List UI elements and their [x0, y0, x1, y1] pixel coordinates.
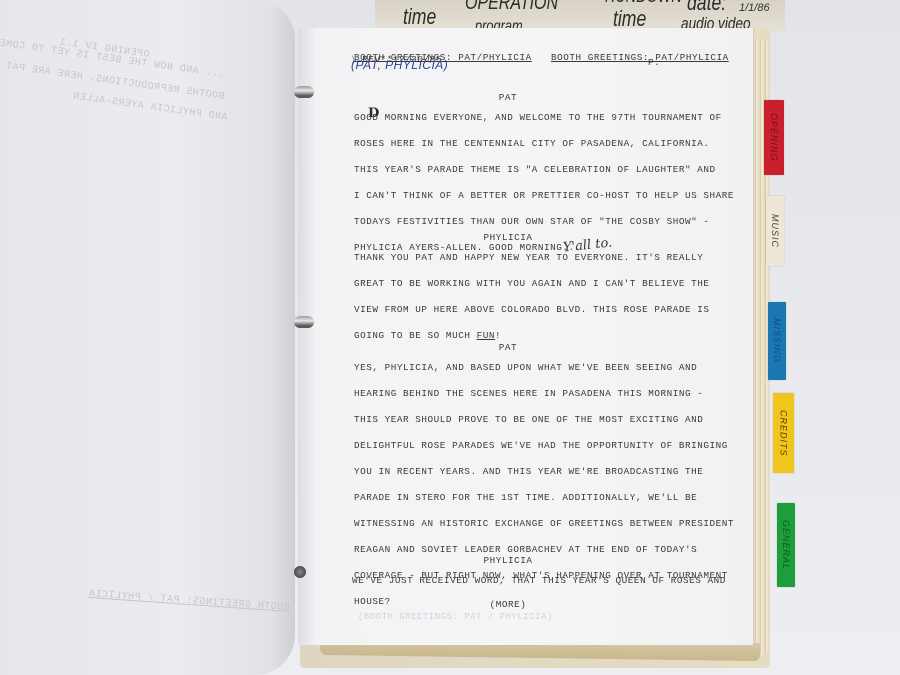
dialogue-line: YOU IN RECENT YEARS. AND THIS YEAR WE'RE…: [354, 466, 703, 477]
dialogue-line: WITNESSING AN HISTORIC EXCHANGE OF GREET…: [354, 518, 734, 529]
dialogue-line: GOING TO BE SO MUCH FUN!: [354, 330, 501, 341]
speaker-name: PAT: [298, 342, 718, 353]
dialogue-line: VIEW FROM UP HERE ABOVE COLORADO BLVD. T…: [354, 304, 709, 315]
index-tab-label: OPENING: [769, 113, 779, 162]
heading-right: BOOTH GREETINGS: PAT/PHYLICIA: [551, 52, 729, 63]
continued-marker: (MORE): [298, 599, 718, 610]
speaker-name: PHYLICIA: [298, 555, 718, 566]
index-tab-label: MUSIC: [770, 214, 780, 248]
form-date-value: 1/1/86: [739, 2, 770, 14]
dialogue-line: GREAT TO BE WORKING WITH YOU AGAIN AND I…: [354, 278, 709, 289]
index-tab-label: MISSING: [772, 318, 782, 363]
dialogue-line: GOOD MORNING EVERYONE, AND WELCOME TO TH…: [354, 112, 722, 123]
handwritten-d-correction: D: [368, 106, 379, 121]
index-tab-missing[interactable]: MISSING: [768, 302, 786, 380]
dialogue-line: REAGAN AND SOVIET LEADER GORBACHEV AT TH…: [354, 544, 697, 555]
left-facing-page: OPENING IV 1.1... AND NOW THE BEST IS YE…: [0, 0, 295, 675]
index-tab-label: CREDITS: [779, 410, 789, 457]
speaker-name: PAT: [298, 92, 718, 103]
bleed-through-footer: (BOOTH GREETINGS: PAT / PHYLICIA): [358, 612, 553, 622]
dialogue-line: THANK YOU PAT AND HAPPY NEW YEAR TO EVER…: [354, 252, 703, 263]
dialogue-line: WE'VE JUST RECEIVED WORD, THAT THIS YEAR…: [352, 575, 726, 586]
handwritten-cast-note: (PAT, PHYLICIA): [351, 58, 448, 72]
form-field-time: time: [403, 4, 436, 30]
dialogue-line: TODAYS FESTIVITIES THAN OUR OWN STAR OF …: [354, 216, 709, 227]
binder-ring-top: [294, 86, 314, 98]
index-tab-opening[interactable]: OPENING: [764, 100, 784, 175]
dialogue-line: HEARING BEHIND THE SCENES HERE IN PASADE…: [354, 388, 703, 399]
dialogue-line: THIS YEAR'S PARADE THEME IS "A CELEBRATI…: [354, 164, 716, 175]
index-tab-credits[interactable]: CREDITS: [773, 393, 794, 473]
dialogue-line: DELIGHTFUL ROSE PARADES WE'VE HAD THE OP…: [354, 440, 728, 451]
script-page: ) REV**12/30/85 P. BOOTH GREETINGS: PAT/…: [298, 28, 753, 645]
index-tab-label: GENERAL: [781, 520, 791, 570]
dialogue-line: I CAN'T THINK OF A BETTER OR PRETTIER CO…: [354, 190, 734, 201]
dialogue-line: ROSES HERE IN THE CENTENNIAL CITY OF PAS…: [354, 138, 709, 149]
dialogue-line: YES, PHYLICIA, AND BASED UPON WHAT WE'VE…: [354, 362, 697, 373]
index-tab-music[interactable]: MUSIC: [766, 196, 784, 266]
speaker-name: PHYLICIA: [298, 232, 718, 243]
form-field-operation: OPERATION: [465, 0, 558, 15]
index-tab-general[interactable]: GENERAL: [777, 503, 795, 587]
binder-ring-bottom: [294, 566, 306, 578]
binder-ring-middle: [294, 316, 314, 328]
dialogue-line: PARADE IN STERO FOR THE 1ST TIME. ADDITI…: [354, 492, 697, 503]
bleed-through-line: BOOTH GREETINGS: PAT / PHYLICIA: [88, 589, 290, 614]
dialogue-line: THIS YEAR SHOULD PROVE TO BE ONE OF THE …: [354, 414, 703, 425]
